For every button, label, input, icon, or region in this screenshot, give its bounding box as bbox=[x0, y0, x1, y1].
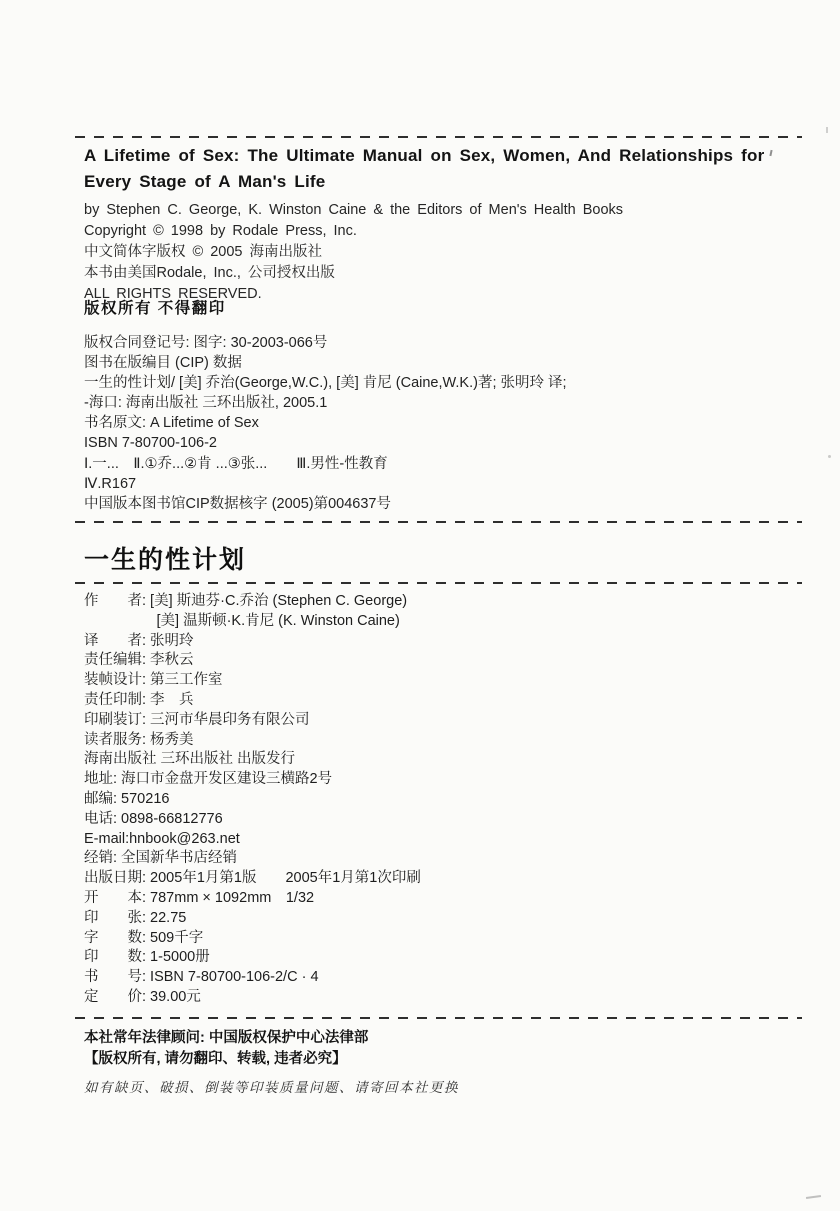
dashed-divider-top bbox=[75, 136, 802, 138]
scan-artifact bbox=[826, 127, 828, 133]
publish-date-line: 出版日期: 2005年1月第1版 2005年1月第1次印刷 bbox=[84, 869, 784, 889]
print-run-line: 印 数: 1-5000册 bbox=[84, 948, 784, 968]
scan-artifact bbox=[828, 455, 831, 458]
copyright-line: Copyright © 1998 by Rodale Press, Inc. bbox=[84, 221, 794, 242]
book-title: 一生的性计划 bbox=[84, 540, 246, 576]
distribution-line: 经销: 全国新华书店经销 bbox=[84, 849, 784, 869]
design-line: 装帧设计: 第三工作室 bbox=[84, 671, 784, 691]
address-line: 地址: 海口市金盘开发区建设三横路2号 bbox=[84, 770, 784, 790]
cip-data-block: 版权合同登记号: 图字: 30-2003-066号 图书在版编目 (CIP) 数… bbox=[84, 333, 784, 514]
reader-service-line: 读者服务: 杨秀美 bbox=[84, 731, 784, 751]
email-line: E-mail:hnbook@263.net bbox=[84, 830, 784, 850]
legal-block: 本社常年法律顾问: 中国版权保护中心法律部 【版权所有, 请勿翻印、转载, 违者… bbox=[84, 1028, 784, 1096]
translator-line: 译 者: 张明玲 bbox=[84, 632, 784, 652]
cip-original-title-line: 书名原文: A Lifetime of Sex bbox=[84, 413, 784, 433]
dashed-divider-legal bbox=[75, 1017, 802, 1019]
english-title-line-1: A Lifetime of Sex: The Ultimate Manual o… bbox=[84, 143, 794, 169]
english-credit-lines: by Stephen C. George, K. Winston Caine &… bbox=[84, 200, 794, 305]
cip-class-code-line: Ⅳ.R167 bbox=[84, 474, 784, 494]
sheets-line: 印 张: 22.75 bbox=[84, 909, 784, 929]
dashed-divider-cip bbox=[75, 521, 802, 523]
cip-registration-line: 版权合同登记号: 图字: 30-2003-066号 bbox=[84, 333, 784, 353]
postcode-line: 邮编: 570216 bbox=[84, 790, 784, 810]
author-line-1: 作 者: [美] 斯迪芬·C.乔治 (Stephen C. George) bbox=[84, 592, 784, 612]
cip-classification-line: Ⅰ.一... Ⅱ.①乔...②肯 ...③张... Ⅲ.男性-性教育 bbox=[84, 454, 784, 474]
editor-line: 责任编辑: 李秋云 bbox=[84, 651, 784, 671]
cn-copyright-line: 中文简体字版权 © 2005 海南出版社 bbox=[84, 242, 794, 263]
cip-header-line: 图书在版编目 (CIP) 数据 bbox=[84, 353, 784, 373]
printer-line: 印刷装订: 三河市华晨印务有限公司 bbox=[84, 711, 784, 731]
print-supervisor-line: 责任印制: 李 兵 bbox=[84, 691, 784, 711]
dashed-divider-title bbox=[75, 582, 802, 584]
author-line-2: [美] 温斯顿·K.肯尼 (K. Winston Caine) bbox=[84, 612, 784, 632]
legal-counsel-line: 本社常年法律顾问: 中国版权保护中心法律部 bbox=[84, 1028, 784, 1049]
english-copyright-block: A Lifetime of Sex: The Ultimate Manual o… bbox=[84, 143, 794, 305]
publication-info-block: 作 者: [美] 斯迪芬·C.乔治 (Stephen C. George) [美… bbox=[84, 592, 784, 1008]
exchange-note-line: 如有缺页、破损、倒装等印装质量问题、请寄回本社更换 bbox=[84, 1076, 784, 1096]
copyright-warning-line: 【版权所有, 请勿翻印、转载, 违者必究】 bbox=[84, 1049, 784, 1070]
cip-title-authors-line: 一生的性计划/ [美] 乔治(George,W.C.), [美] 肯尼 (Cai… bbox=[84, 373, 784, 393]
publisher-line: 海南出版社 三环出版社 出版发行 bbox=[84, 750, 784, 770]
format-line: 开 本: 787mm × 1092mm 1/32 bbox=[84, 889, 784, 909]
no-reprint-notice: 版权所有 不得翻印 bbox=[84, 296, 226, 318]
scan-artifact bbox=[806, 1195, 821, 1199]
cip-isbn-line: ISBN 7-80700-106-2 bbox=[84, 433, 784, 453]
cip-verification-line: 中国版本图书馆CIP数据核字 (2005)第004637号 bbox=[84, 494, 784, 514]
license-line: 本书由美国Rodale, Inc., 公司授权出版 bbox=[84, 263, 794, 284]
copyright-page: A Lifetime of Sex: The Ultimate Manual o… bbox=[0, 0, 840, 1211]
phone-line: 电话: 0898-66812776 bbox=[84, 810, 784, 830]
word-count-line: 字 数: 509千字 bbox=[84, 929, 784, 949]
byline: by Stephen C. George, K. Winston Caine &… bbox=[84, 200, 794, 221]
price-line: 定 价: 39.00元 bbox=[84, 988, 784, 1008]
book-number-line: 书 号: ISBN 7-80700-106-2/C · 4 bbox=[84, 968, 784, 988]
cip-publisher-line: -海口: 海南出版社 三环出版社, 2005.1 bbox=[84, 393, 784, 413]
english-title-line-2: Every Stage of A Man's Life bbox=[84, 169, 794, 195]
